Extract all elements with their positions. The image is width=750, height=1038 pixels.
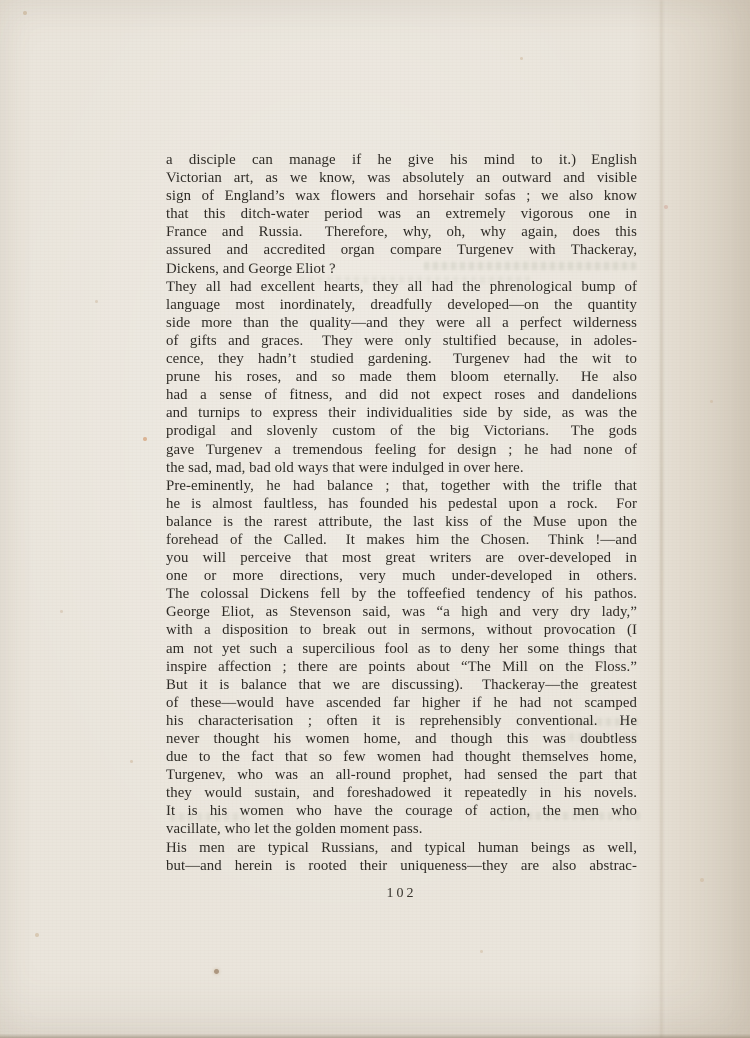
text-line: Dickens, and George Eliot ? xyxy=(166,260,637,278)
text-line: It is his women who have the courage of … xyxy=(166,802,637,820)
text-line: vacillate, who let the golden moment pas… xyxy=(166,820,637,838)
text-line: balance is the rarest attribute, the las… xyxy=(166,513,637,531)
text-line: due to the fact that so few women had th… xyxy=(166,748,637,766)
foxing-spot xyxy=(710,400,713,403)
text-line: language most inordinately, dreadfully d… xyxy=(166,296,637,314)
text-line: Victorian art, as we know, was absolutel… xyxy=(166,169,637,187)
foxing-spot xyxy=(35,933,39,937)
text-line: The colossal Dickens fell by the toffeef… xyxy=(166,585,637,603)
text-line: they would sustain, and foreshadowed it … xyxy=(166,784,637,802)
text-line: and turnips to express their individuali… xyxy=(166,404,637,422)
text-line: forehead of the Called. It makes him the… xyxy=(166,531,637,549)
text-line: with a disposition to break out in sermo… xyxy=(166,621,637,639)
page-crease xyxy=(660,0,663,1038)
text-line: a disciple can manage if he give his min… xyxy=(166,151,637,169)
foxing-spot xyxy=(664,205,668,209)
text-line: had a sense of fitness, and did not expe… xyxy=(166,386,637,404)
text-line: inspire affection ; there are points abo… xyxy=(166,658,637,676)
text-line: His men are typical Russians, and typica… xyxy=(166,839,637,857)
text-line: never thought his women home, and though… xyxy=(166,730,637,748)
text-line: Pre-eminently, he had balance ; that, to… xyxy=(166,477,637,495)
text-line: assured and accredited organ compare Tur… xyxy=(166,241,637,259)
foxing-spot xyxy=(143,437,147,441)
text-line: he is almost faultless, has founded his … xyxy=(166,495,637,513)
foxing-spot xyxy=(480,950,483,953)
foxing-spot xyxy=(60,610,63,613)
foxing-spot xyxy=(214,969,219,974)
text-line: am not yet such a supercilious fool as t… xyxy=(166,640,637,658)
text-line: side more than the quality—and they were… xyxy=(166,314,637,332)
text-line: you will perceive that most great writer… xyxy=(166,549,637,567)
text-line: sign of England’s wax flowers and horseh… xyxy=(166,187,637,205)
text-line: of these—would have ascended far higher … xyxy=(166,694,637,712)
text-line: the sad, mad, bad old ways that were ind… xyxy=(166,459,637,477)
foxing-spot xyxy=(23,11,27,15)
text-line: George Eliot, as Stevenson said, was “a … xyxy=(166,603,637,621)
text-line: They all had excellent hearts, they all … xyxy=(166,278,637,296)
text-line: Turgenev, who was an all-round prophet, … xyxy=(166,766,637,784)
text-line: prune his roses, and so made them bloom … xyxy=(166,368,637,386)
text-line: his characterisation ; often it is repre… xyxy=(166,712,637,730)
foxing-spot xyxy=(520,57,523,60)
text-line: France and Russia. Therefore, why, oh, w… xyxy=(166,223,637,241)
text-line: prodigal and slovenly custom of the big … xyxy=(166,422,637,440)
body-text: a disciple can manage if he give his min… xyxy=(166,151,637,875)
text-line: gave Turgenev a tremendous feeling for d… xyxy=(166,441,637,459)
text-line: that this ditch-water period was an extr… xyxy=(166,205,637,223)
page-number: 102 xyxy=(166,886,637,902)
foxing-spot xyxy=(130,760,133,763)
text-line: one or more directions, very much under-… xyxy=(166,567,637,585)
text-line: of gifts and graces. They were only stul… xyxy=(166,332,637,350)
scan-edge xyxy=(0,1034,750,1038)
text-line: but—and herein is rooted their uniquenes… xyxy=(166,857,637,875)
foxing-spot xyxy=(95,300,98,303)
foxing-spot xyxy=(700,878,704,882)
scanned-book-page: a disciple can manage if he give his min… xyxy=(0,0,750,1038)
text-line: But it is balance that we are discussing… xyxy=(166,676,637,694)
text-line: cence, they hadn’t studied gardening. Tu… xyxy=(166,350,637,368)
